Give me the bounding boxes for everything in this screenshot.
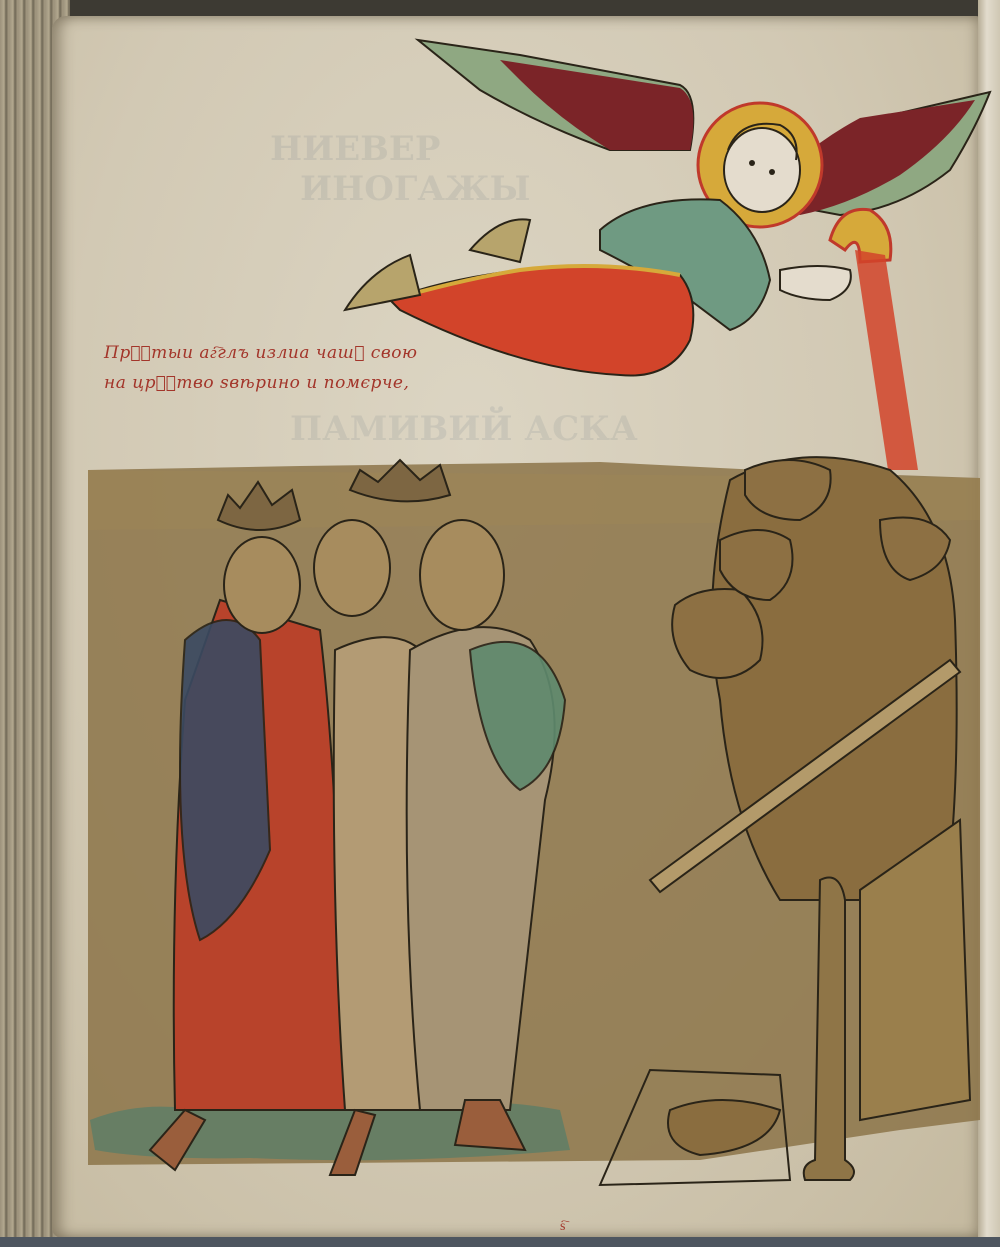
pouring-stream — [855, 250, 918, 470]
svg-text:НИЕВЕР: НИЕВЕР — [270, 129, 440, 169]
young-man-face — [314, 520, 390, 616]
king-face — [224, 537, 300, 633]
quire-mark: ѕ҇ — [560, 1218, 565, 1235]
scan-bottom-edge — [0, 1237, 1000, 1247]
rubric-caption: Прⷭ҇тыи аг҇глъ излиа чашꙋ свою на црⷭ҇тв… — [104, 338, 484, 398]
illumination: НИЕВЕР ИНОГАЖЫ ПАМИВИЙ АСКА — [0, 0, 1000, 1247]
caption-line-1: Прⷭ҇тыи аг҇глъ излиа чашꙋ свою — [104, 338, 484, 368]
angel-face — [724, 128, 800, 212]
manuscript-scene: НИЕВЕР ИНОГАЖЫ ПАМИВИЙ АСКА — [0, 0, 1000, 1247]
angel — [345, 40, 990, 470]
caption-line-2: на црⷭ҇тво ѕвѣрино и помєрче, — [104, 368, 484, 398]
elder-face — [420, 520, 504, 630]
svg-text:ПАМИВИЙ АСКА: ПАМИВИЙ АСКА — [290, 406, 638, 449]
angel-hand — [780, 266, 851, 300]
svg-text:ИНОГАЖЫ: ИНОГАЖЫ — [300, 169, 531, 209]
beast-head-1 — [672, 589, 762, 678]
